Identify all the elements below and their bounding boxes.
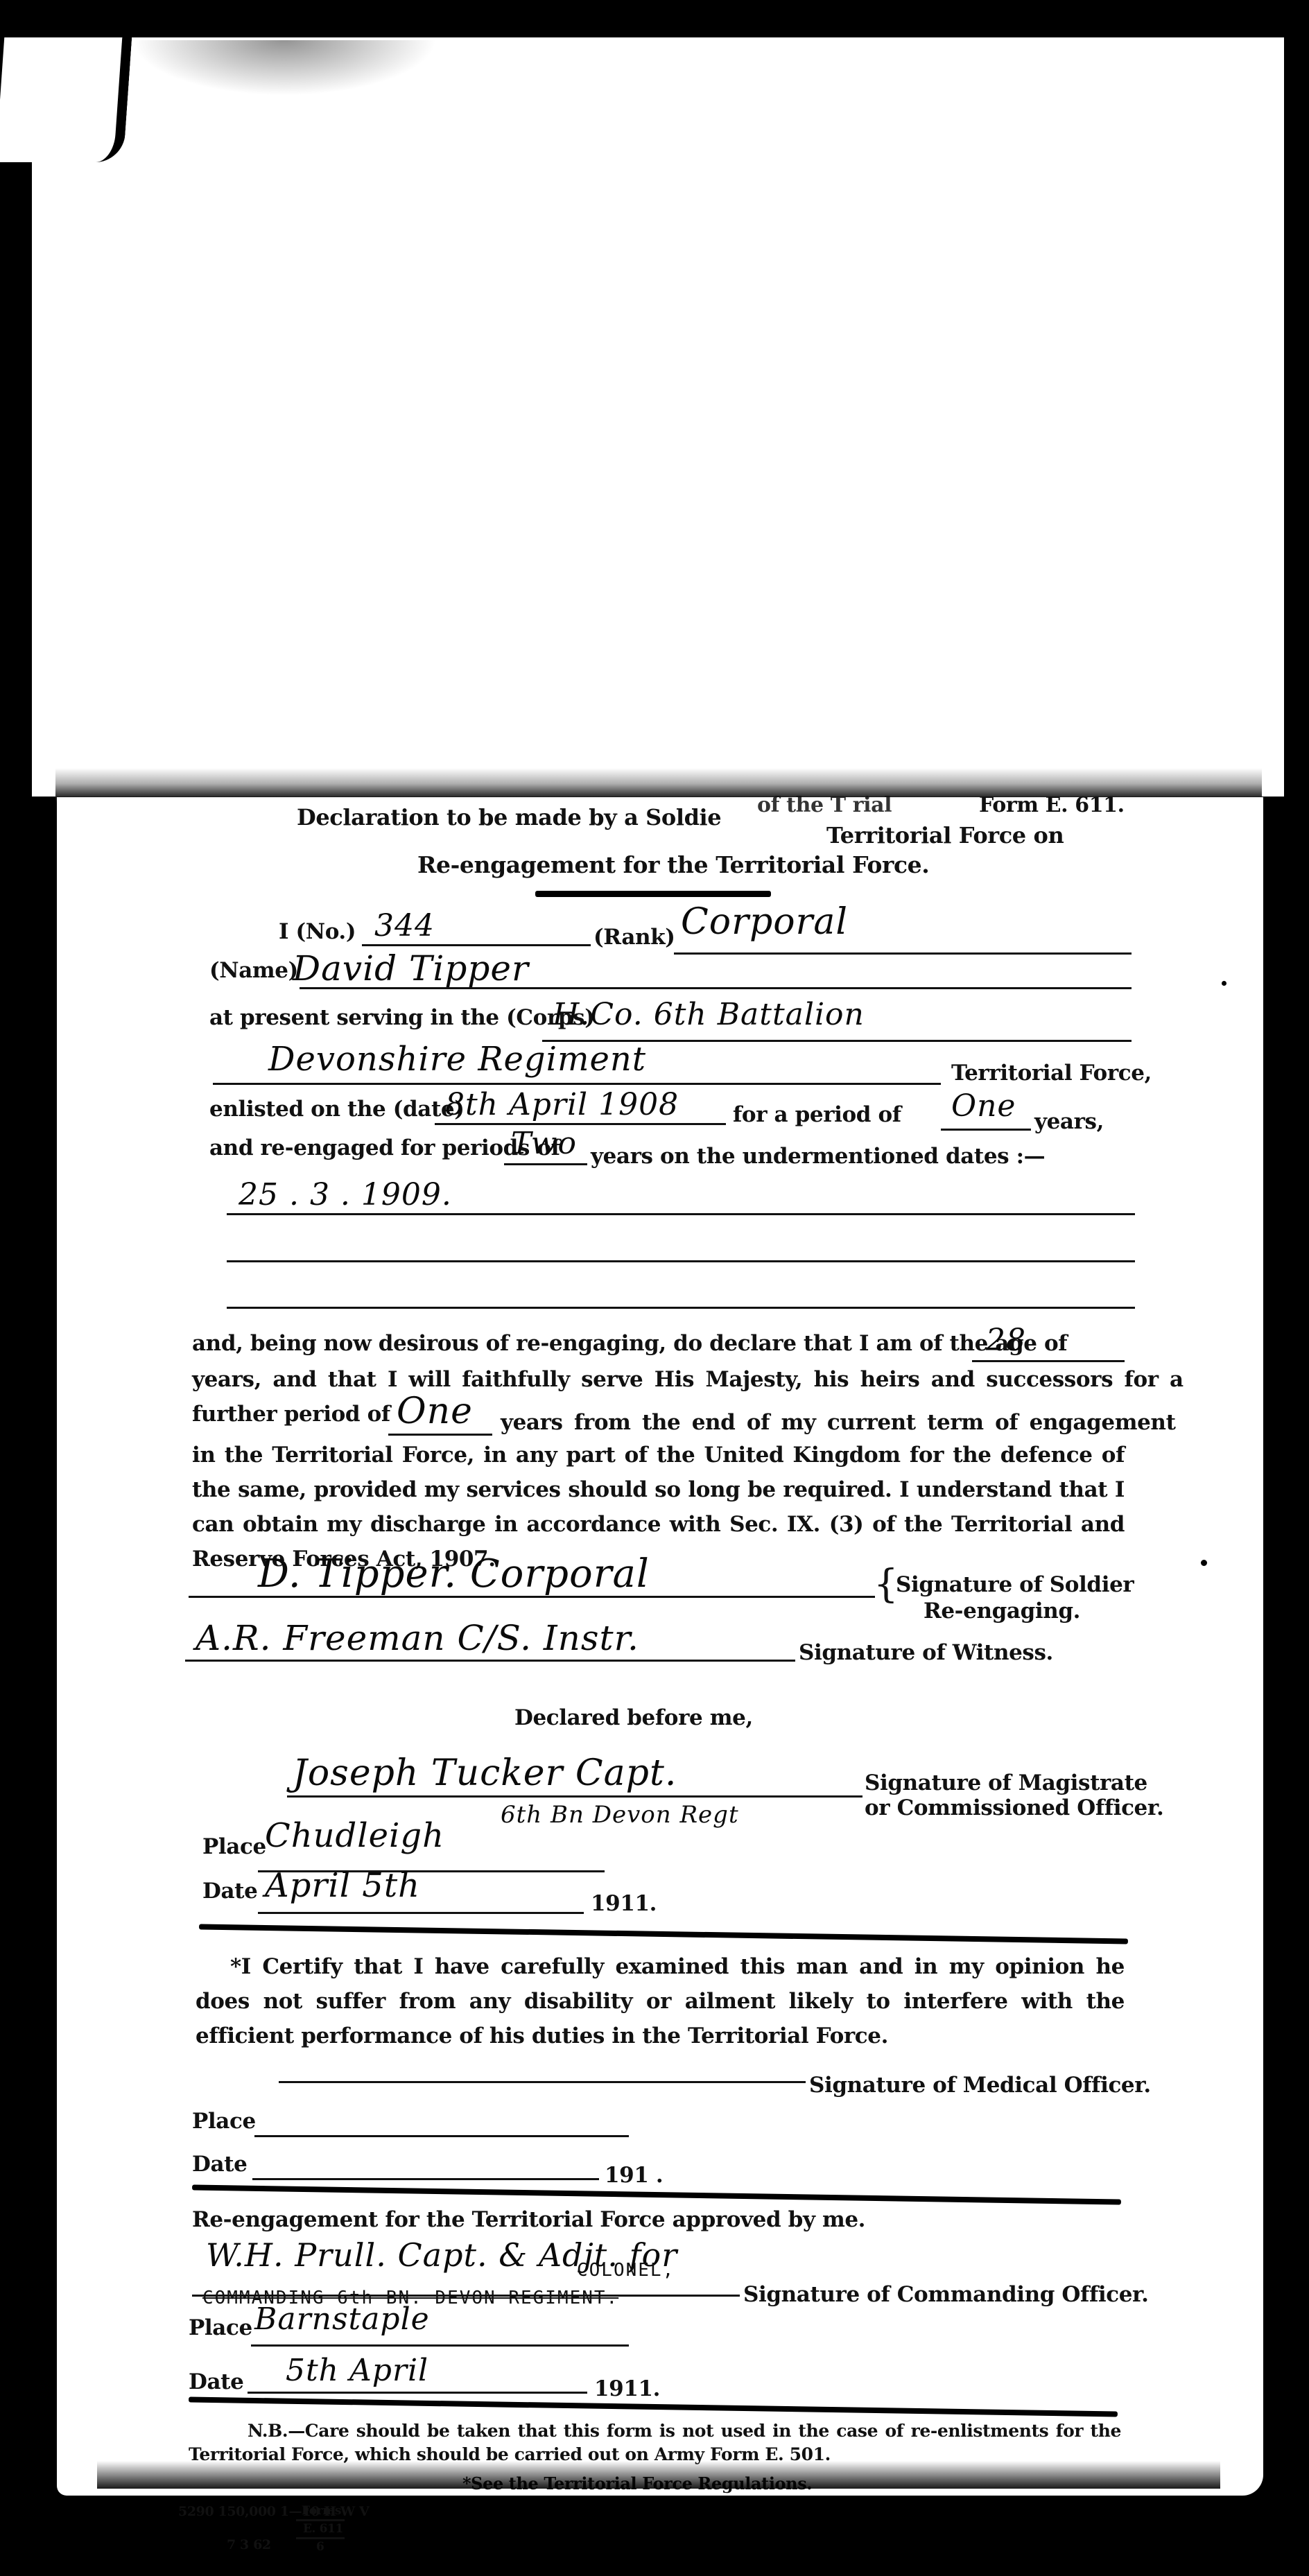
- folded-corner: [0, 37, 132, 162]
- name-label: (Name): [209, 958, 298, 983]
- soldier-label-2: Re-engaging.: [924, 1599, 1080, 1624]
- territorial-force-label: Territorial Force,: [951, 1061, 1152, 1086]
- medical-date-label: Date: [192, 2152, 247, 2177]
- place-label: Place: [202, 1834, 266, 1859]
- commanding-officer-line: [192, 2295, 740, 2297]
- medical-certification: *I Certify that I have carefully examine…: [196, 1949, 1125, 2053]
- reengagement-date-1[interactable]: 25 . 3 . 1909.: [239, 1177, 452, 1212]
- approval-date-year: 1911.: [594, 2376, 660, 2401]
- medical-signature-line: [279, 2081, 806, 2083]
- approval-date-value[interactable]: 5th April: [286, 2353, 428, 2388]
- age-value[interactable]: 28: [986, 1323, 1026, 1358]
- title-line-2: Re-engagement for the Territorial Force.: [417, 851, 929, 878]
- reengaged-label: and re-engaged for periods of: [209, 1135, 560, 1160]
- no-line: [362, 944, 591, 946]
- no-label: I (No.): [279, 919, 356, 944]
- enlisted-line: [435, 1123, 726, 1125]
- medical-date-line: [252, 2178, 599, 2180]
- nb-note: N.B.—Care should be taken that this form…: [189, 2419, 1121, 2466]
- rank-label: (Rank): [593, 925, 675, 950]
- date-year: 1911.: [591, 1891, 657, 1916]
- further-line: [388, 1434, 492, 1436]
- corps-line-2: [213, 1083, 941, 1085]
- date-line: [258, 1912, 584, 1914]
- rank-line: [674, 952, 1132, 955]
- corps-value[interactable]: H.Co. 6th Battalion: [553, 997, 865, 1032]
- date-line-1: [227, 1213, 1135, 1215]
- date-line-3: [227, 1307, 1135, 1309]
- enlisted-value[interactable]: 8th April 1908: [445, 1087, 679, 1122]
- blank-upper-flap: [32, 37, 1284, 797]
- forms-line-2: [296, 2537, 345, 2539]
- approval-place-value[interactable]: Barnstaple: [254, 2301, 430, 2337]
- forms-label: Forms: [302, 2504, 341, 2518]
- reengaged-line: [504, 1163, 587, 1165]
- reengaged-value[interactable]: Two: [511, 1126, 577, 1161]
- soldier-signature[interactable]: D. Tipper. Corporal: [258, 1551, 650, 1596]
- witness-signature[interactable]: A.R. Freeman C/S. Instr.: [196, 1618, 639, 1658]
- approval-place-line: [251, 2344, 629, 2347]
- name-line: [300, 987, 1132, 989]
- reengaged-suffix: years on the undermentioned dates :—: [591, 1144, 1045, 1169]
- forms-line-1: [296, 2519, 345, 2521]
- date-label: Date: [202, 1879, 257, 1904]
- army-form-e611: Declaration to be made by a Soldie of th…: [57, 797, 1263, 2496]
- years-label: years,: [1034, 1109, 1104, 1134]
- approval-date-label: Date: [189, 2369, 243, 2394]
- age-line: [972, 1360, 1125, 1362]
- corps-value-line-2[interactable]: Devonshire Regiment: [268, 1040, 646, 1079]
- period-label: for a period of: [733, 1102, 901, 1127]
- declared-before-label: Declared before me,: [514, 1705, 753, 1730]
- ink-speck: [1201, 1560, 1207, 1566]
- title-line-1-right: Territorial Force on: [826, 822, 1064, 848]
- no-value[interactable]: 344: [374, 908, 435, 943]
- date-value[interactable]: April 5th: [265, 1866, 420, 1905]
- soldier-signature-line: [189, 1596, 875, 1598]
- title-line-1-left: Declaration to be made by a Soldie: [297, 804, 721, 830]
- forms-number: E. 611: [303, 2522, 343, 2536]
- torn-bottom-edge: [97, 2461, 1220, 2489]
- commanding-officer-label: Signature of Commanding Officer.: [743, 2282, 1149, 2307]
- form-number: Form E. 611.: [979, 793, 1125, 817]
- magistrate-signature-line-2[interactable]: 6th Bn Devon Regt: [501, 1801, 739, 1829]
- forms-sub: 6: [316, 2540, 324, 2554]
- magistrate-line: [287, 1795, 862, 1798]
- magistrate-signature[interactable]: Joseph Tucker Capt.: [293, 1752, 677, 1794]
- magistrate-label-1: Signature of Magistrate: [865, 1770, 1147, 1795]
- date-line-2: [227, 1260, 1135, 1262]
- brace: {: [874, 1565, 899, 1604]
- name-value[interactable]: David Tipper: [293, 948, 529, 989]
- witness-line: [185, 1660, 795, 1662]
- medical-place-label: Place: [192, 2109, 256, 2134]
- place-value[interactable]: Chudleigh: [265, 1816, 444, 1855]
- soldier-label-1: Signature of Soldier: [896, 1572, 1134, 1597]
- print-code-2: 7 3 62: [227, 2537, 271, 2552]
- title-underline: [535, 891, 771, 897]
- medical-date-year: 191 .: [605, 2163, 663, 2188]
- scan-smudge: [132, 40, 437, 96]
- section-rule-1: [199, 1924, 1128, 1944]
- period-line: [941, 1129, 1031, 1131]
- approval-place-label: Place: [189, 2315, 252, 2340]
- medical-place-line: [254, 2135, 629, 2137]
- further-prefix: further period of: [192, 1402, 390, 1427]
- further-value[interactable]: One: [397, 1391, 473, 1432]
- stamp-colonel: COLONEL,: [577, 2260, 675, 2281]
- medical-signature-label: Signature of Medical Officer.: [809, 2073, 1151, 2098]
- approval-heading: Re-engagement for the Territorial Force …: [192, 2207, 865, 2232]
- rank-value[interactable]: Corporal: [681, 901, 848, 943]
- ink-speck: [1222, 981, 1226, 986]
- enlisted-label: enlisted on the (date): [209, 1097, 465, 1122]
- declaration-line-2: years, and that I will faithfully serve …: [192, 1367, 1184, 1392]
- period-value[interactable]: One: [951, 1088, 1016, 1124]
- further-suffix: years from the end of my current term of…: [501, 1410, 1176, 1435]
- title-overlap-fragment: of the T rial: [757, 793, 892, 817]
- approval-date-line: [248, 2392, 587, 2394]
- age-line-prefix: and, being now desirous of re-engaging, …: [192, 1331, 1067, 1356]
- magistrate-label-2: or Commissioned Officer.: [865, 1795, 1163, 1820]
- witness-label: Signature of Witness.: [799, 1640, 1053, 1665]
- corps-label: at present serving in the (Corps): [209, 1005, 595, 1030]
